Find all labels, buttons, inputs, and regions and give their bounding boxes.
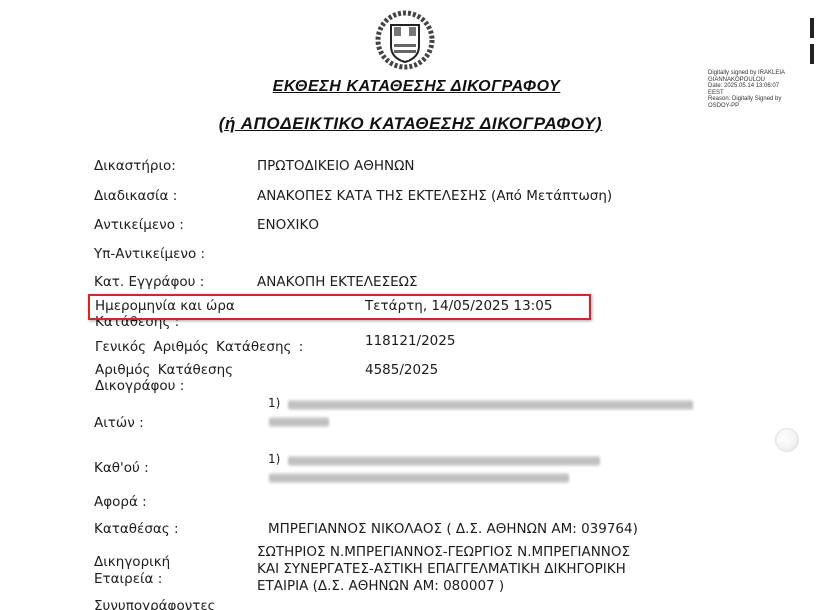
signature-line: Digitally signed by IRAKLEIA [708,70,808,77]
field-label: Καταθέσας : [94,521,179,537]
field-value: 118121/2025 [365,333,455,349]
field-value: ΠΡΩΤΟΔΙΚΕΙΟ ΑΘΗΝΩΝ [257,158,415,174]
field-label: Συνυπογράφοντες [94,598,216,610]
field-label: Γενικός Αριθμός Κατάθεσης : [95,339,303,355]
field-label: Δικογράφου : [95,378,184,394]
field-label: Αντικείμενο : [94,217,184,233]
page-edge-mark [810,44,814,64]
field-prefix: 1) [268,396,280,410]
field-value-line: ΚΑΙ ΣΥΝΕΡΓΑΤΕΣ-ΑΣΤΙΚΗ ΕΠΑΓΓΕΛΜΑΤΙΚΗ ΔΙΚΗ… [257,561,630,578]
field-label: Αριθμός Κατάθεσης [95,362,233,378]
redacted-text [269,473,569,483]
signature-line: Date: 2025.05.14 13:06:07 [708,83,808,90]
field-label: Εταιρεία : [94,571,162,587]
field-value: ΑΝΑΚΟΠΕΣ ΚΑΤΑ ΤΗΣ ΕΚΤΕΛΕΣΗΣ (Από Μετάπτω… [257,188,612,204]
field-label: Διαδικασία : [94,188,177,204]
field-value: ΑΝΑΚΟΠΗ ΕΚΤΕΛΕΣΕΩΣ [257,274,417,290]
page-edge-mark [810,18,814,38]
field-label: Δικαστήριο: [94,158,176,174]
greek-coat-of-arms-icon [372,8,438,72]
signature-line: OSDOY-PP [708,103,808,110]
field-label: Αφορά : [94,494,147,510]
signature-line: Reason: Digitally Signed by [708,96,808,103]
floating-circle-button[interactable] [775,428,799,452]
field-value-line: ΣΩΤΗΡΙΟΣ Ν.ΜΠΡΕΓΙΑΝΝΟΣ-ΓΕΩΡΓΙΟΣ Ν.ΜΠΡΕΓΙ… [257,544,630,561]
field-value-line: ΕΤΑΙΡΙΑ (Δ.Σ. ΑΘΗΝΩΝ ΑΜ: 080007 ) [257,578,630,595]
redacted-text [288,456,600,466]
field-label: Δικηγορική [94,554,170,570]
highlight-box [88,294,591,320]
document-title: ΕΚΘΕΣΗ ΚΑΤΑΘΕΣΗΣ ΔΙΚΟΓΡΑΦΟΥ [0,78,817,96]
field-value: ΜΠΡΕΓΙΑΝΝΟΣ ΝΙΚΟΛΑΟΣ ( Δ.Σ. ΑΘΗΝΩΝ ΑΜ: 0… [268,521,638,537]
document-subtitle: (ή ΑΠΟΔΕΙΚΤΙΚΟ ΚΑΤΑΘΕΣΗΣ ΔΙΚΟΓΡΑΦΟΥ) [0,114,817,134]
signature-line: EEST [708,90,808,97]
field-value: ΕΝΟΧΙΚΟ [257,217,319,233]
field-label: Καθ'ού : [94,460,149,476]
redacted-text [288,400,693,410]
field-value: 4585/2025 [365,362,438,378]
field-prefix: 1) [268,452,280,466]
field-label: Αιτών : [94,415,144,431]
signature-line: GIANNAKOPOULOU [708,77,808,84]
redacted-text [269,417,329,427]
field-label: Κατ. Εγγράφου : [94,274,204,290]
field-label: Υπ-Αντικείμενο : [94,246,205,262]
field-value: ΣΩΤΗΡΙΟΣ Ν.ΜΠΡΕΓΙΑΝΝΟΣ-ΓΕΩΡΓΙΟΣ Ν.ΜΠΡΕΓΙ… [257,544,630,595]
digital-signature: Digitally signed by IRAKLEIA GIANNAKOPOU… [708,70,808,110]
